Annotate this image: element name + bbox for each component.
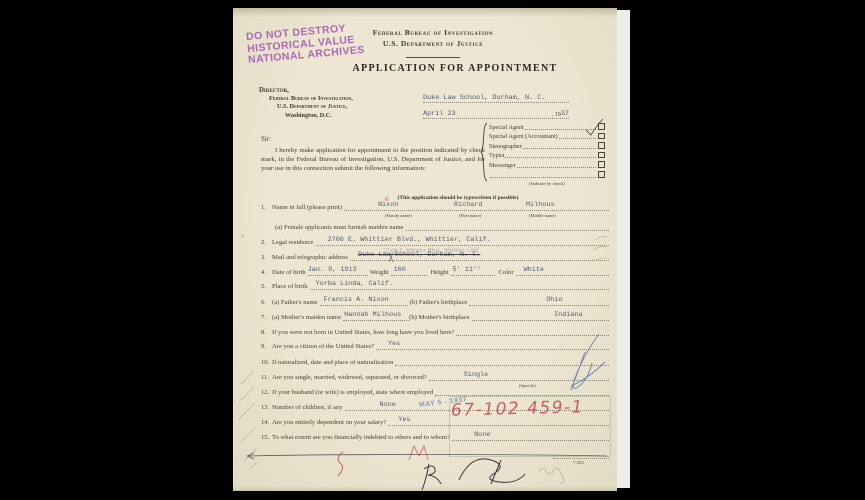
- question-6: 6. (a) Father's name Francis A. Nixon (b…: [261, 296, 609, 306]
- question-1a: (a) Female applicants must furnish maide…: [275, 221, 609, 231]
- question-10: 10. If naturalized, date and place of na…: [261, 356, 609, 366]
- field-date-of-birth: Jan. 9, 1913: [308, 266, 357, 274]
- field-children: None: [380, 401, 396, 409]
- field-middle-name: Milhous: [526, 201, 555, 209]
- question-11: 11. Are you single, married, widowed, se…: [261, 371, 609, 381]
- question-2: 2. Legal residence 2706 E. Whittier Blvd…: [261, 236, 609, 246]
- family-name-caption: (Family name): [385, 213, 412, 218]
- form-number-line: [553, 458, 609, 459]
- field-legal-residence: 2706 E. Whittier Blvd., Whittier, Calif.: [328, 236, 491, 244]
- left-margin-pencil: [238, 371, 257, 470]
- field-citizen: Yes: [388, 340, 400, 348]
- field-dependent-on-salary: Yes: [398, 416, 410, 424]
- question-5: 5. Place of birth Yorba Linda, Calif.: [261, 280, 609, 290]
- field-marital-status: Single: [464, 371, 488, 379]
- question-9: 9. Are you a citizen of the United State…: [261, 340, 609, 350]
- question-8: 8. If you were not born in United States…: [261, 326, 609, 336]
- field-first-name: Richard: [454, 201, 483, 209]
- field-father-birthplace: Ohio: [546, 296, 562, 304]
- file-number-annotation: 67-102 459-1: [451, 397, 584, 420]
- question-4: 4. Date of birth Jan. 9, 1913 Weight 160…: [261, 266, 609, 276]
- application-form-page: DO NOT DESTROY HISTORICAL VALUE NATIONAL…: [233, 8, 617, 491]
- field-mother-birthplace: Indiana: [554, 311, 583, 319]
- question-3: 3. Mail and telegraphic address Duke Law…: [261, 251, 609, 261]
- field-mother-name: Hannah Milhous: [344, 311, 401, 319]
- question-1: 1. Name in full (please print) Nixon Ric…: [261, 201, 609, 211]
- question-7: 7. (a) Mother's maiden name Hannah Milho…: [261, 311, 609, 321]
- field-color: White: [524, 266, 544, 274]
- field-place-of-birth: Yorba Linda, Calif.: [316, 280, 394, 288]
- field-father-name: Francis A. Nixon: [324, 296, 389, 304]
- first-name-caption: (First name): [459, 213, 481, 218]
- form-number: 7-204: [573, 460, 584, 465]
- scanned-document-viewer: DO NOT DESTROY HISTORICAL VALUE NATIONAL…: [0, 0, 865, 500]
- middle-name-caption: (Middle name): [529, 213, 556, 218]
- red-name-mark: 6: [385, 195, 389, 203]
- field-height: 5' 11'': [453, 266, 482, 274]
- page-edge-strip: [617, 10, 630, 488]
- question-12: 12. If your husband (or wife) is employe…: [261, 386, 609, 396]
- field-mail-address: Duke Law School, Durham, N. C.: [358, 251, 480, 259]
- margin-pencil-note: b.: [241, 234, 246, 240]
- field-weight: 160: [394, 266, 406, 274]
